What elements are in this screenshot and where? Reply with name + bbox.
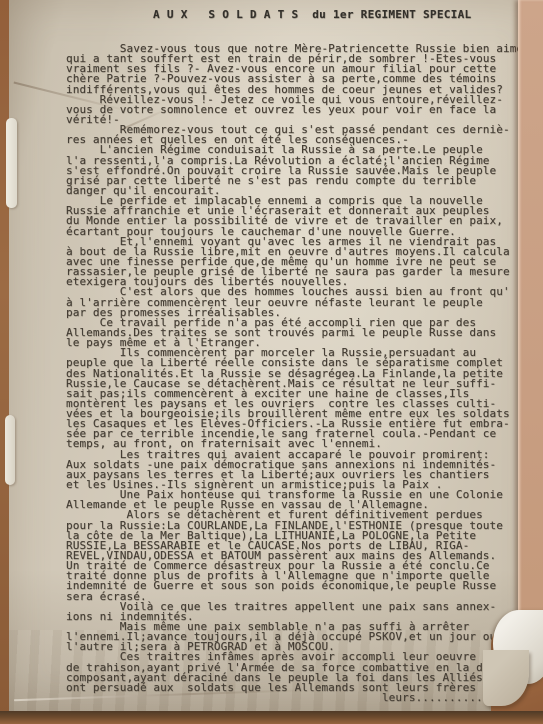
paper-fold-right-edge — [518, 0, 543, 714]
text-line: vous de votre somnolence et ouvrez les y… — [66, 105, 536, 115]
document-body: Savez-vous tous que notre Mère-Patrience… — [66, 44, 536, 703]
table-bottom-edge — [0, 711, 543, 724]
wood-table-background: A U X S O L D A T S du 1er REGIMENT SPEC… — [0, 0, 543, 724]
text-line: leurs............. — [66, 693, 536, 703]
typewritten-text-layer: A U X S O L D A T S du 1er REGIMENT SPEC… — [0, 0, 543, 724]
document-title: A U X S O L D A T S du 1er REGIMENT SPEC… — [153, 8, 471, 21]
